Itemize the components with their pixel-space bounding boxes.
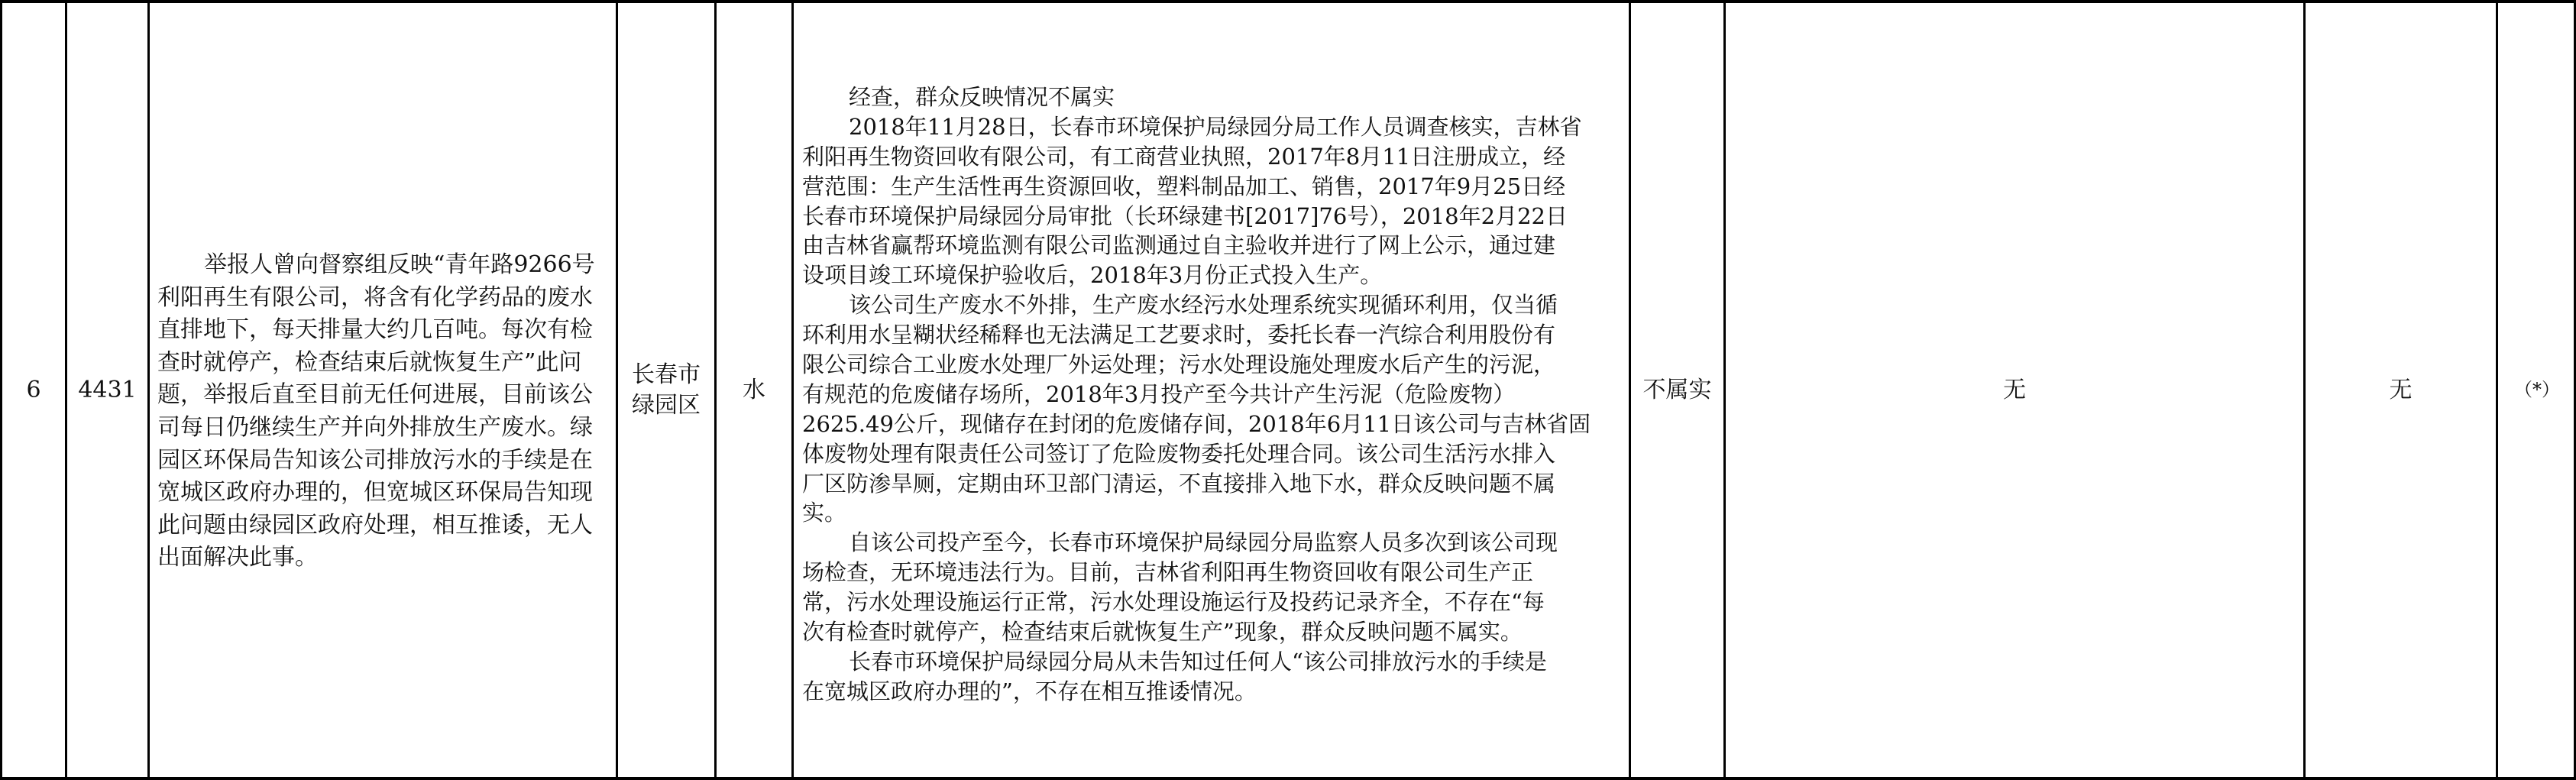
text-line: 在宽城区政府办理的”，不存在相互推诿情况。 bbox=[802, 677, 1629, 707]
district-name: 长春市 绿园区 bbox=[632, 360, 701, 421]
pollution-type: 水 bbox=[743, 375, 765, 405]
district-line: 长春市 bbox=[632, 360, 701, 390]
text-line: 园区环保局告知该公司排放污水的手续是在 bbox=[157, 445, 616, 477]
text-line: 限公司综合工业废水处理厂外运处理；污水处理设施处理废水后产生的污泥， bbox=[802, 350, 1629, 380]
data-table: 6 4431 举报人曾向督察组反映“青年路9266号利阳再生有限公司，将含有化学… bbox=[0, 0, 2576, 780]
text-line: 场检查，无环境违法行为。目前，吉林省利阳再生物资回收有限公司生产正 bbox=[802, 558, 1629, 587]
rectification-text: 无 bbox=[2003, 375, 2026, 405]
text-line: 2018年11月28日，长春市环境保护局绿园分局工作人员调查核实，吉林省 bbox=[802, 112, 1629, 142]
cell-rectification: 无 bbox=[1726, 6, 2303, 774]
text-line: 常，污水处理设施运行正常，污水处理设施运行及投药记录齐全，不存在“每 bbox=[802, 587, 1629, 617]
text-line: 环利用水呈糊状经稀释也无法满足工艺要求时，委托长春一汽综合利用股份有 bbox=[802, 320, 1629, 350]
text-line: 2625.49公斤，现储存在封闭的危废储存间，2018年6月11日该公司与吉林省… bbox=[802, 409, 1629, 439]
case-number: 4431 bbox=[78, 375, 136, 405]
text-line: 实。 bbox=[802, 498, 1629, 528]
text-line: 直排地下，每天排量大约几百吨。每次有检 bbox=[157, 314, 616, 347]
cell-complaint: 举报人曾向督察组反映“青年路9266号利阳再生有限公司，将含有化学药品的废水直排… bbox=[157, 249, 616, 574]
cell-district: 长春市 绿园区 bbox=[618, 6, 714, 774]
text-line: 自该公司投产至今，长春市环境保护局绿园分局监察人员多次到该公司现 bbox=[802, 528, 1629, 558]
cell-seq: 6 bbox=[2, 6, 65, 774]
note-text: （*） bbox=[2514, 375, 2560, 405]
seq-number: 6 bbox=[26, 375, 40, 405]
text-line: 有规范的危废储存场所，2018年3月投产至今共计产生污泥（危险废物） bbox=[802, 380, 1629, 409]
text-line: 由吉林省赢帮环境监测有限公司监测通过自主验收并进行了网上公示，通过建 bbox=[802, 231, 1629, 261]
text-line: 利阳再生有限公司，将含有化学药品的废水 bbox=[157, 282, 616, 315]
text-line: 体废物处理有限责任公司签订了危险废物委托处理合同。该公司生活污水排入 bbox=[802, 439, 1629, 469]
text-line: 长春市环境保护局绿园分局从未告知过任何人“该公司排放污水的手续是 bbox=[802, 647, 1629, 677]
text-line: 厂区防渗旱厕，定期由环卫部门清运，不直接排入地下水，群众反映问题不属 bbox=[802, 469, 1629, 499]
text-line: 次有检查时就停产，检查结束后就恢复生产”现象，群众反映问题不属实。 bbox=[802, 617, 1629, 647]
column-divider bbox=[147, 3, 150, 777]
verdict-text: 不属实 bbox=[1643, 375, 1712, 405]
text-line: 经查，群众反映情况不属实 bbox=[802, 83, 1629, 112]
cell-case-no: 4431 bbox=[67, 6, 147, 774]
text-line: 长春市环境保护局绿园分局审批（长环绿建书[2017]76号），2018年2月22… bbox=[802, 202, 1629, 231]
cell-accountability: 无 bbox=[2306, 6, 2496, 774]
text-line: 司每日仍继续生产并向外排放生产废水。绿 bbox=[157, 412, 616, 445]
text-line: 利阳再生物资回收有限公司，有工商营业执照，2017年8月11日注册成立，经 bbox=[802, 142, 1629, 172]
cell-verdict: 不属实 bbox=[1631, 6, 1723, 774]
text-line: 该公司生产废水不外排，生产废水经污水处理系统实现循环利用，仅当循 bbox=[802, 290, 1629, 320]
text-line: 题，举报后直至目前无任何进展，目前该公 bbox=[157, 379, 616, 412]
cell-pollution-type: 水 bbox=[717, 6, 791, 774]
text-line: 宽城区政府办理的，但宽城区环保局告知现 bbox=[157, 477, 616, 510]
text-line: 举报人曾向督察组反映“青年路9266号 bbox=[157, 249, 616, 282]
accountability-text: 无 bbox=[2390, 375, 2413, 405]
column-divider bbox=[791, 3, 794, 777]
cell-investigation-result: 经查，群众反映情况不属实2018年11月28日，长春市环境保护局绿园分局工作人员… bbox=[802, 83, 1629, 707]
text-line: 设项目竣工环境保护验收后，2018年3月份正式投入生产。 bbox=[802, 261, 1629, 290]
cell-note: （*） bbox=[2498, 6, 2576, 774]
text-line: 出面解决此事。 bbox=[157, 542, 616, 574]
text-line: 营范围：生产生活性再生资源回收，塑料制品加工、销售，2017年9月25日经 bbox=[802, 172, 1629, 202]
text-line: 此问题由绿园区政府处理，相互推诿，无人 bbox=[157, 510, 616, 542]
text-line: 查时就停产，检查结束后就恢复生产”此问 bbox=[157, 347, 616, 380]
district-line: 绿园区 bbox=[632, 390, 701, 421]
